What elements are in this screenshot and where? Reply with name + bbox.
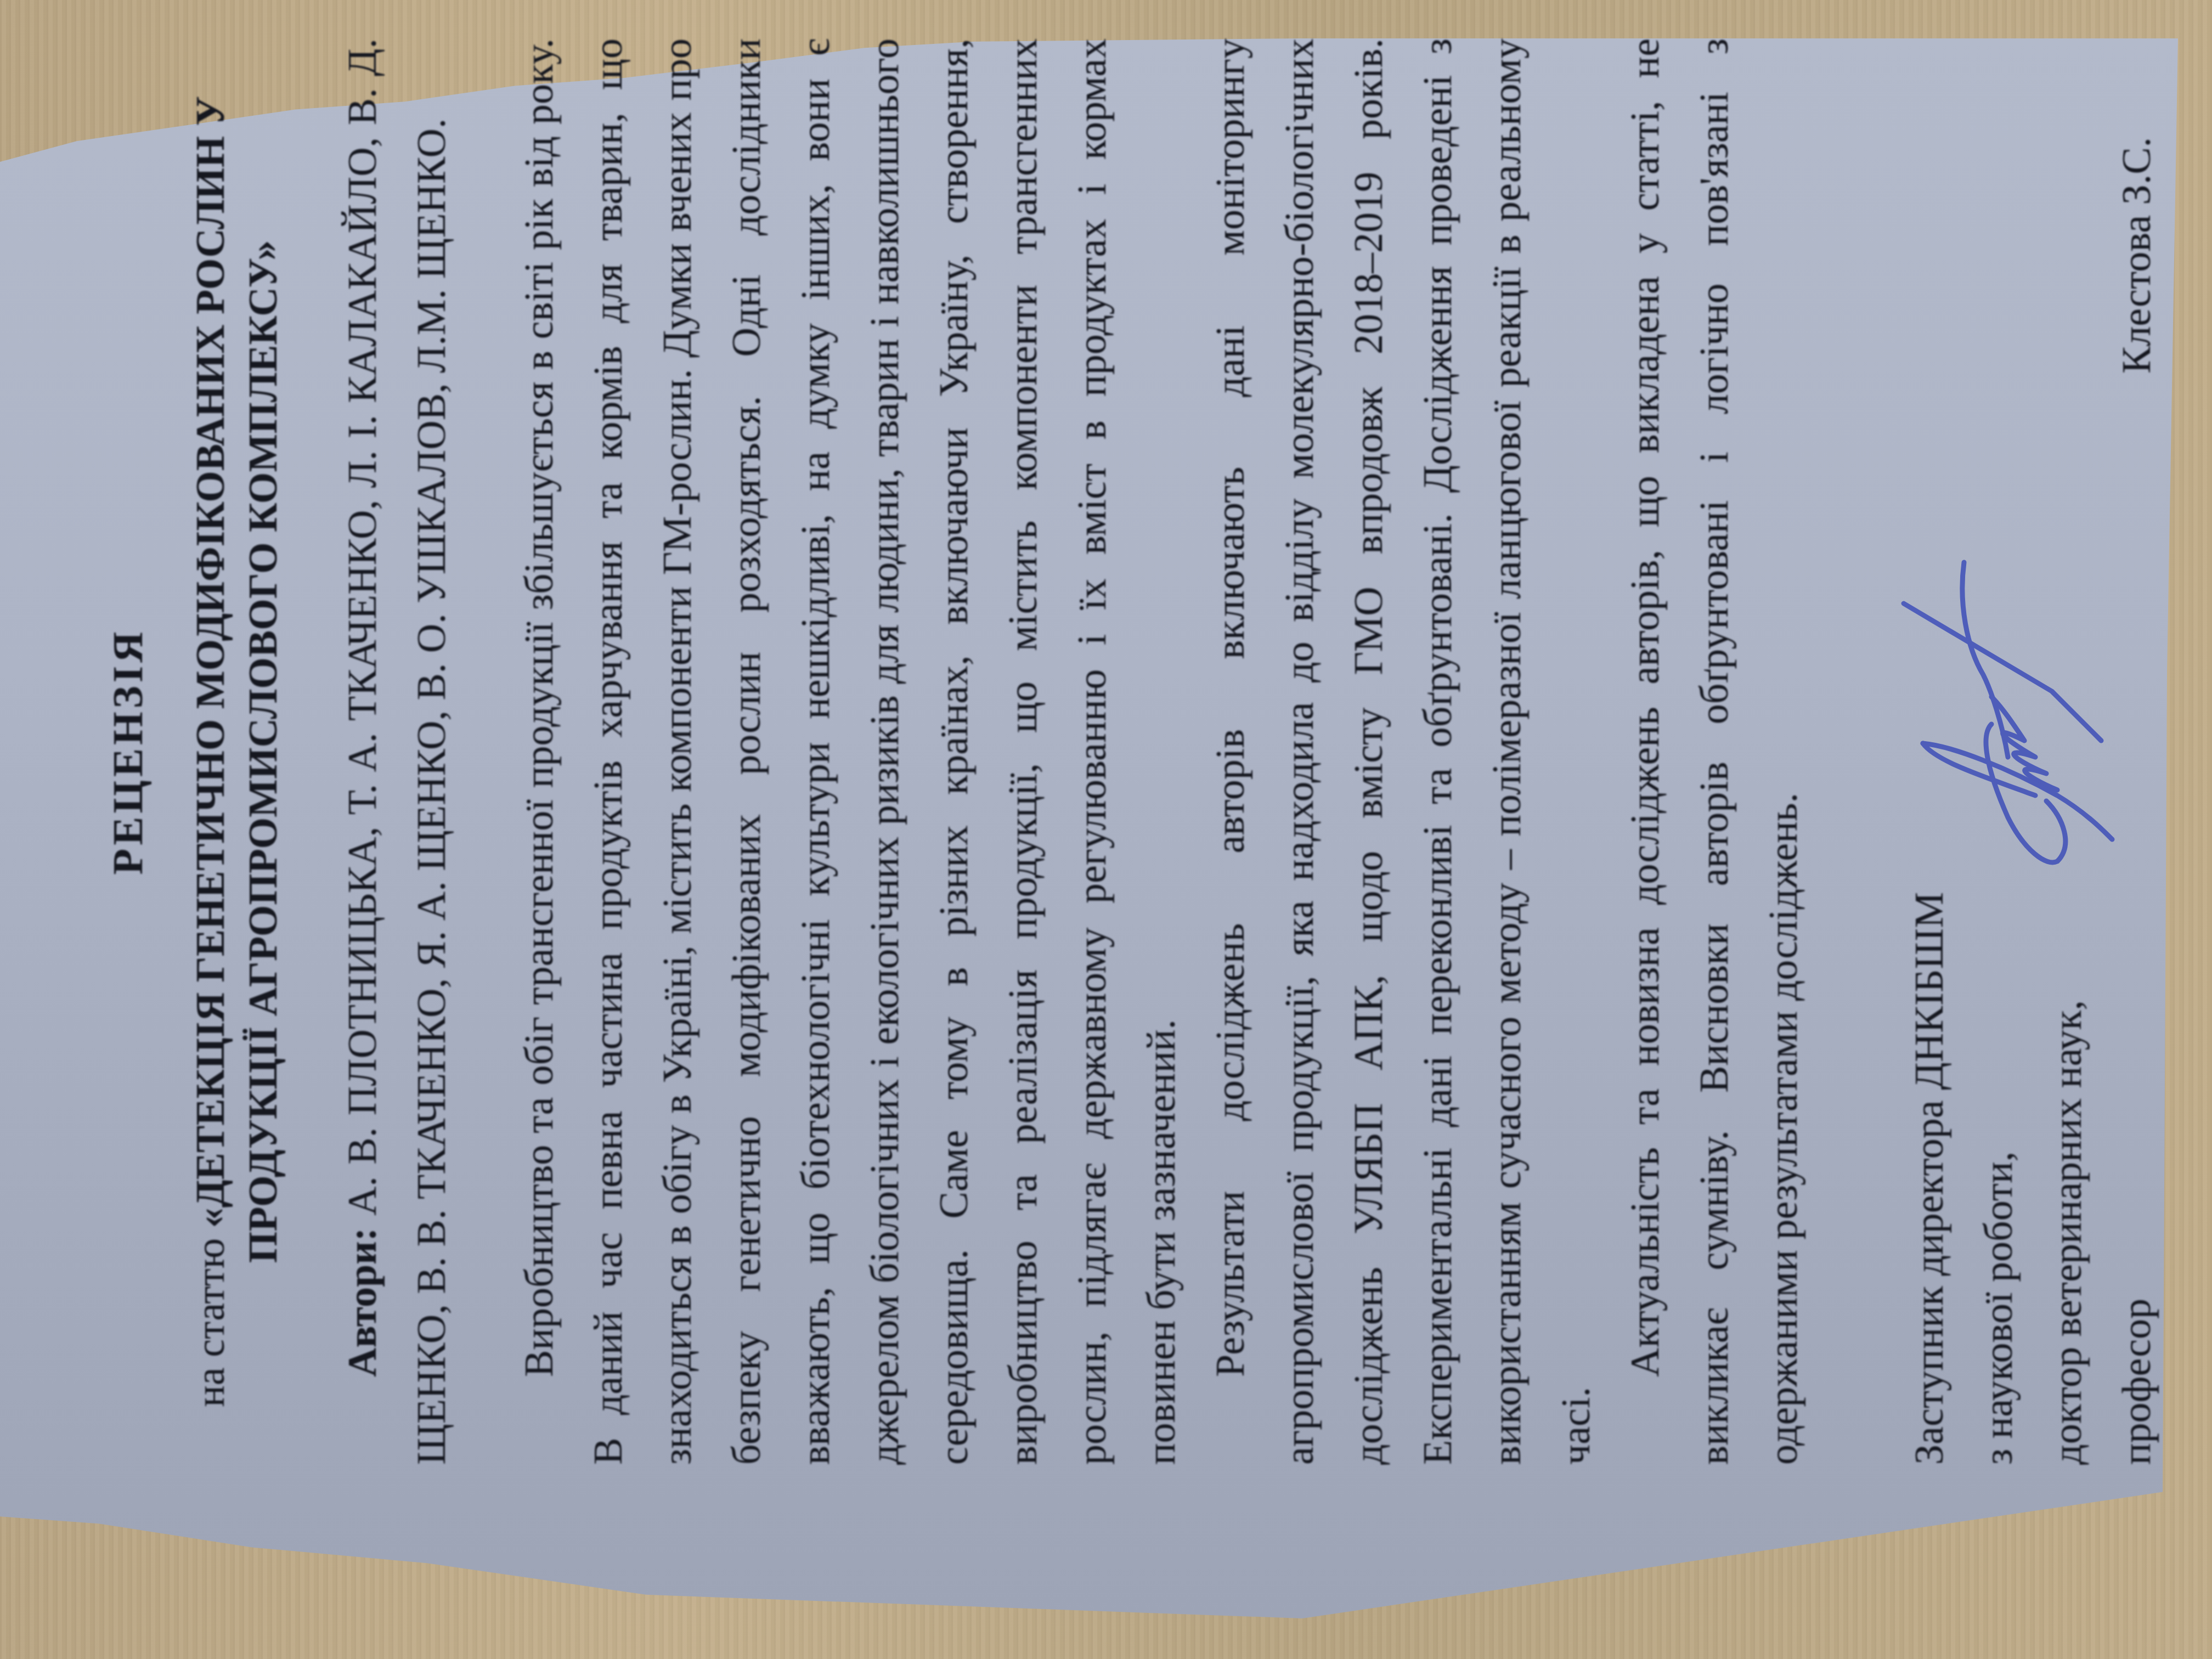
article-title: «ДЕТЕКЦІЯ ГЕНЕТИЧНО МОДИФІКОВАНИХ РОСЛИН… xyxy=(188,96,286,1263)
review-document: РЕЦЕНЗІЯ на статтю «ДЕТЕКЦІЯ ГЕНЕТИЧНО М… xyxy=(93,38,2123,1465)
document-title: РЕЦЕНЗІЯ xyxy=(93,38,162,1465)
article-subject: на статтю «ДЕТЕКЦІЯ ГЕНЕТИЧНО МОДИФІКОВА… xyxy=(184,38,290,1465)
subject-prefix: на статтю xyxy=(188,1238,233,1407)
authors-label: Автори: xyxy=(340,1228,385,1377)
signer-name: Клестова З.С. xyxy=(2102,137,2171,374)
signer-degree: доктор ветеринарних наук, xyxy=(2033,38,2102,1465)
paragraph: Виробництво та обіг трансгенної продукці… xyxy=(505,38,1196,1465)
authors-line: Автори: А. В. ПЛОТНИЦЬКА, Т. А. ТКАЧЕНКО… xyxy=(328,38,466,1465)
signature-block: Заступник директора ДНКІБШМ з наукової р… xyxy=(1895,38,2171,1465)
signer-position-cont: з наукової роботи, xyxy=(1964,38,2033,1465)
paragraph: Актуальність та новизна досліджень автор… xyxy=(1611,38,1818,1465)
paragraph: Результати досліджень авторів включають … xyxy=(1196,38,1611,1465)
signer-position: Заступник директора ДНКІБШМ xyxy=(1895,38,1964,1465)
review-body: Виробництво та обіг трансгенної продукці… xyxy=(505,38,1818,1465)
